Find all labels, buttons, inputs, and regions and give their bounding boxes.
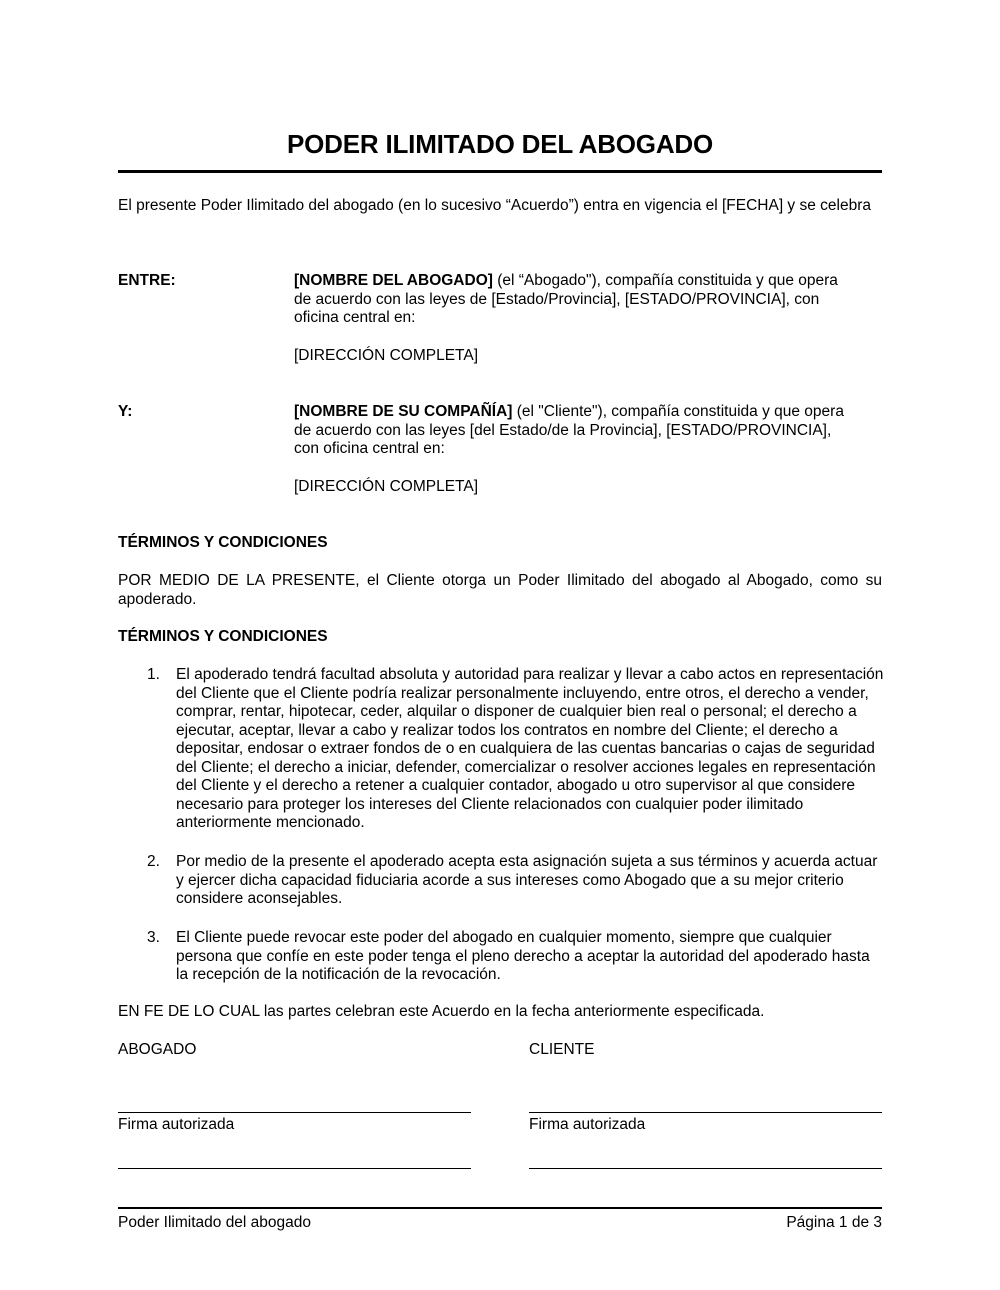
grant-paragraph: POR MEDIO DE LA PRESENTE, el Cliente oto… — [118, 572, 882, 609]
signature-party-attorney: ABOGADO — [118, 1041, 196, 1060]
footer-page-number: Página 1 de 3 — [786, 1214, 882, 1233]
list-number: 1. — [147, 666, 160, 685]
party-line: con oficina central en: — [294, 440, 884, 459]
list-number: 3. — [147, 929, 160, 948]
list-number: 2. — [147, 853, 160, 872]
list-text: Por medio de la presente el apoderado ac… — [176, 853, 886, 909]
party-line: de acuerdo con las leyes [del Estado/de … — [294, 422, 884, 441]
witness-clause: EN FE DE LO CUAL las partes celebran est… — [118, 1003, 882, 1022]
section-heading-terms: TÉRMINOS Y CONDICIONES — [118, 534, 328, 553]
party-label-between: ENTRE: — [118, 272, 176, 291]
party-label-and: Y: — [118, 403, 132, 422]
date-line-client — [529, 1168, 882, 1169]
title-divider — [118, 170, 882, 173]
party-name-client: [NOMBRE DE SU COMPAÑÍA] — [294, 403, 512, 420]
footer-document-name: Poder Ilimitado del abogado — [118, 1214, 311, 1233]
signature-caption-client: Firma autorizada — [529, 1116, 645, 1135]
party-address-client: [DIRECCIÓN COMPLETA] — [294, 478, 478, 497]
party-name-attorney: [NOMBRE DEL ABOGADO] — [294, 272, 493, 289]
section-heading-terms-2: TÉRMINOS Y CONDICIONES — [118, 628, 328, 647]
list-text: El apoderado tendrá facultad absoluta y … — [176, 666, 886, 833]
list-text: El Cliente puede revocar este poder del … — [176, 929, 886, 985]
party-line: (el “Abogado"), compañía constituida y q… — [493, 272, 838, 289]
document-title: PODER ILIMITADO DEL ABOGADO — [118, 127, 882, 161]
date-line-attorney — [118, 1168, 471, 1169]
signature-line-client — [529, 1112, 882, 1113]
signature-line-attorney — [118, 1112, 471, 1113]
party-address-attorney: [DIRECCIÓN COMPLETA] — [294, 347, 478, 366]
party-line: (el "Cliente"), compañía constituida y q… — [512, 403, 844, 420]
signature-party-client: CLIENTE — [529, 1041, 594, 1060]
party-description-attorney: [NOMBRE DEL ABOGADO] (el “Abogado"), com… — [294, 272, 884, 328]
signature-caption-attorney: Firma autorizada — [118, 1116, 234, 1135]
intro-paragraph: El presente Poder Ilimitado del abogado … — [118, 197, 882, 216]
document-page: PODER ILIMITADO DEL ABOGADO El presente … — [118, 0, 882, 1290]
footer-divider — [118, 1207, 882, 1209]
party-description-client: [NOMBRE DE SU COMPAÑÍA] (el "Cliente"), … — [294, 403, 884, 459]
party-line: oficina central en: — [294, 309, 884, 328]
party-line: de acuerdo con las leyes de [Estado/Prov… — [294, 291, 884, 310]
